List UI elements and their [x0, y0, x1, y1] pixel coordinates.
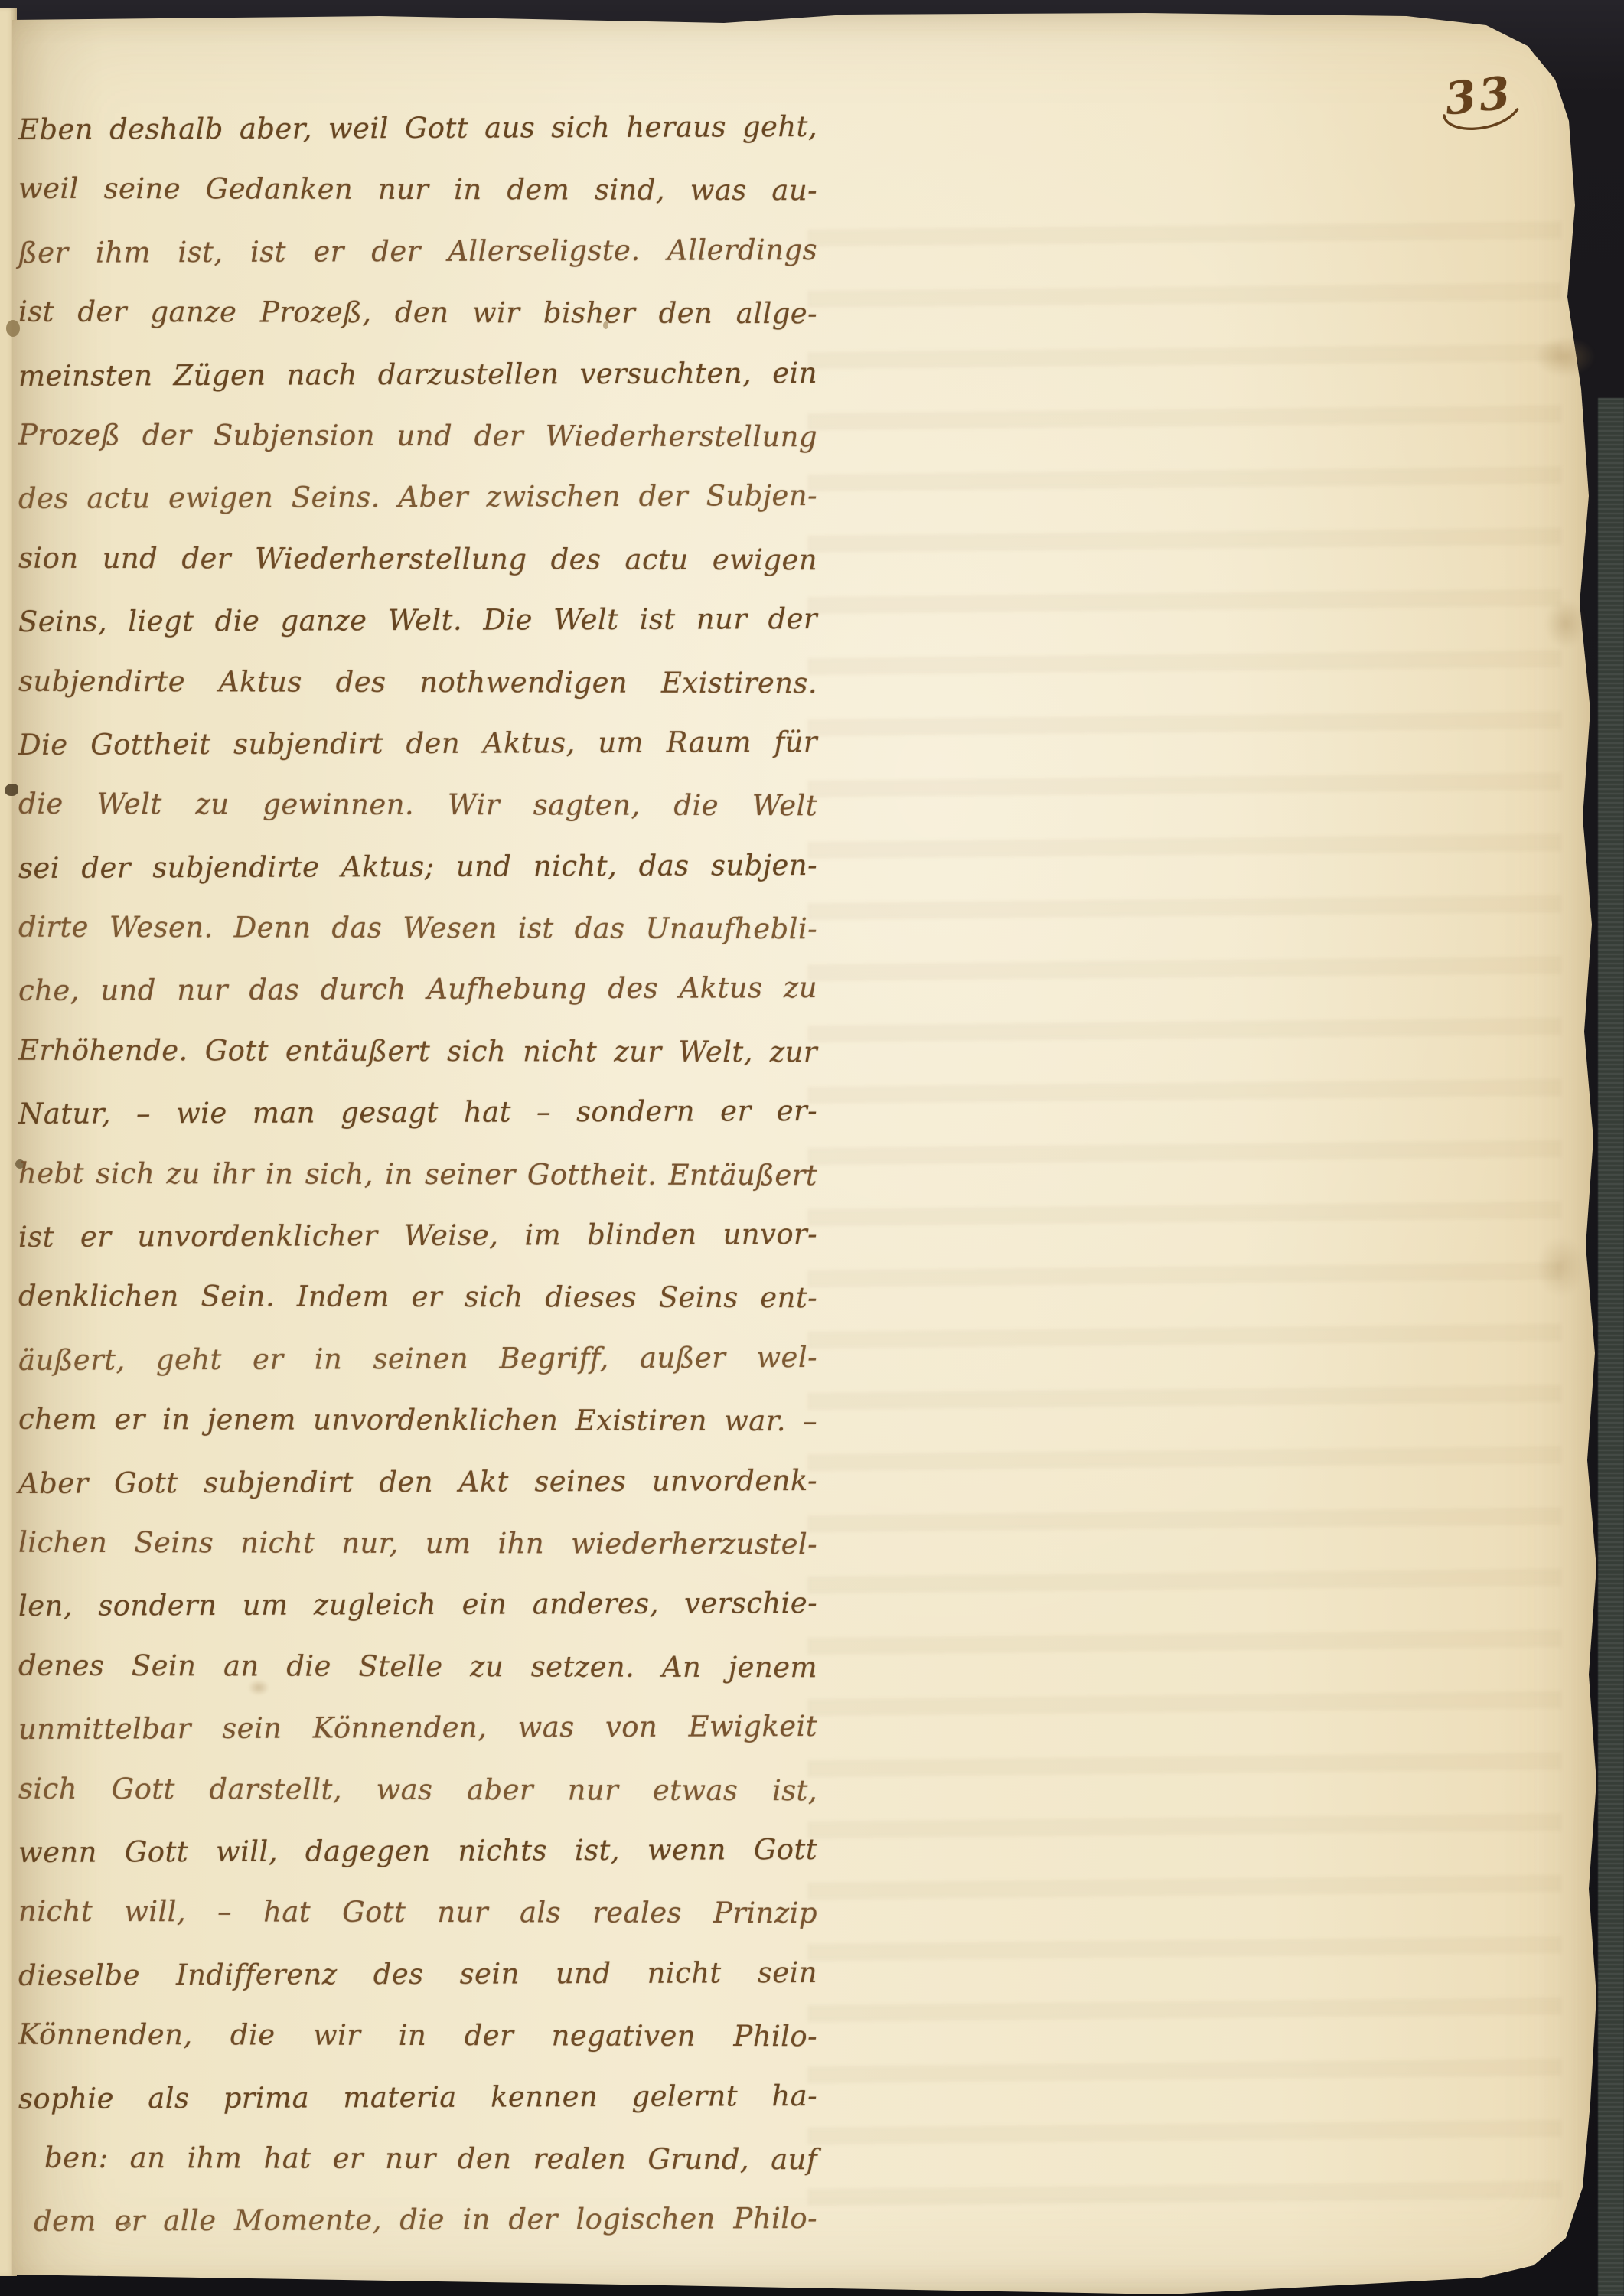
- manuscript-line: die Welt zu gewinnen. Wir sagten, die We…: [18, 774, 817, 837]
- manuscript-line: Die Gottheit subjendirt den Aktus, um Ra…: [18, 712, 817, 776]
- manuscript-line: chem er in jenem unvordenklichen Existir…: [18, 1389, 817, 1453]
- manuscript-line: sophie als prima materia kennen gelernt …: [18, 2065, 817, 2129]
- manuscript-line: weil seine Gedanken nur in dem sind, was…: [18, 158, 817, 222]
- manuscript-line: Könnenden, die wir in der negativen Phil…: [18, 2004, 817, 2068]
- manuscript-line: sion und der Wiederherstellung des actu …: [18, 527, 817, 591]
- manuscript-line: Eben deshalb aber, weil Gott aus sich he…: [18, 96, 817, 161]
- manuscript-line: len, sondern um zugleich ein anderes, ve…: [18, 1573, 817, 1637]
- manuscript-line: dieselbe Indifferenz des sein und nicht …: [18, 1942, 817, 2007]
- manuscript-line: unmittelbar sein Könnenden, was von Ewig…: [18, 1696, 817, 1760]
- manuscript-line: ßer ihm ist, ist er der Allerseligste. A…: [18, 220, 817, 284]
- manuscript-line: che, und nur das durch Aufhebung des Akt…: [18, 957, 817, 1022]
- manuscript-line: Natur, – wie man gesagt hat – sondern er…: [18, 1081, 817, 1145]
- manuscript-line: sei der subjendirte Aktus; und nicht, da…: [18, 835, 817, 899]
- manuscript-line: wenn Gott will, dagegen nichts ist, wenn…: [18, 1819, 817, 1883]
- manuscript-line: subjendirte Aktus des nothwendigen Exist…: [18, 651, 817, 714]
- manuscript-line: Aber Gott subjendirt den Akt seines unvo…: [18, 1450, 817, 1515]
- manuscript-line: ben: an ihm hat er nur den realen Grund,…: [18, 2128, 817, 2191]
- manuscript-line: sich Gott darstellt, was aber nur etwas …: [18, 1758, 817, 1821]
- manuscript-line: denes Sein an die Stelle zu setzen. An j…: [18, 1635, 817, 1698]
- manuscript-text-block: Eben deshalb aber, weil Gott aus sich he…: [18, 98, 817, 2252]
- manuscript-line: Prozeß der Subjension und der Wiederhers…: [18, 405, 817, 468]
- manuscript-line: nicht will, – hat Gott nur als reales Pr…: [18, 1881, 817, 1945]
- manuscript-line: dirte Wesen. Denn das Wesen ist das Unau…: [18, 897, 817, 960]
- manuscript-line: äußert, geht er in seinen Begriff, außer…: [18, 1327, 817, 1391]
- book-fore-edge: [1598, 398, 1624, 2296]
- manuscript-line: ist der ganze Prozeß, den wir bisher den…: [18, 282, 817, 345]
- manuscript-line: denklichen Sein. Indem er sich dieses Se…: [18, 1266, 817, 1329]
- page-number: 33: [1431, 69, 1529, 144]
- manuscript-line: meinsten Zügen nach darzustellen versuch…: [18, 343, 817, 407]
- manuscript-line: des actu ewigen Seins. Aber zwischen der…: [18, 465, 817, 530]
- manuscript-line: ist er unvordenklicher Weise, im blinden…: [18, 1204, 817, 1268]
- manuscript-line: Erhöhende. Gott entäußert sich nicht zur…: [18, 1020, 817, 1084]
- manuscript-line: hebt sich zu ihr in sich, in seiner Gott…: [18, 1143, 817, 1206]
- manuscript-line: Seins, liegt die ganze Welt. Die Welt is…: [18, 589, 817, 653]
- manuscript-line: dem er alle Momente, die in der logische…: [18, 2188, 817, 2252]
- manuscript-line: lichen Seins nicht nur, um ihn wiederher…: [18, 1512, 817, 1576]
- manuscript-photo: 33 Eben deshalb aber, weil Gott aus sich…: [0, 0, 1624, 2296]
